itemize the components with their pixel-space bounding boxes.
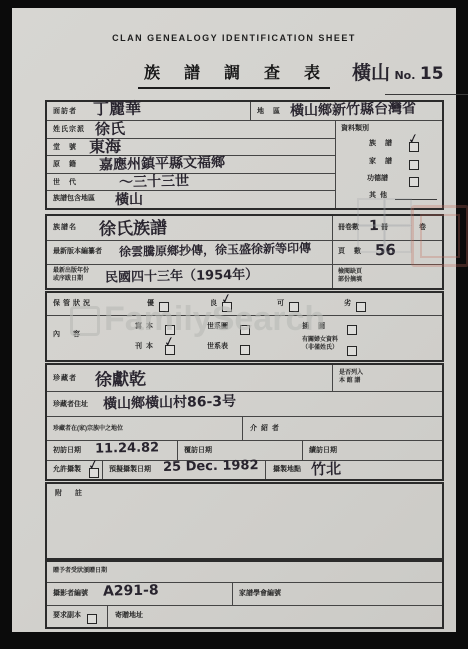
keep-fair-label: 可 <box>277 300 285 308</box>
listed-label-line2: 本 館 譜 <box>339 378 360 385</box>
first-visit-label: 初訪日期 <box>53 447 81 455</box>
photographer-no-label: 攝影者編號 <box>53 590 88 598</box>
note-no-abbrev: No. <box>394 69 415 82</box>
keep-poor-checkbox <box>356 299 366 317</box>
compiler-label: 最新版本編纂者 <box>53 248 102 256</box>
book-box: 族譜名 徐氏族譜 最新版本編纂者 徐雲騰原鄉抄傳，徐玉盛徐新等印傳 最新出版年份… <box>45 214 444 290</box>
film-date-label: 預擬攝製日期 <box>109 466 151 474</box>
book-note-line1: 檢閱缺頁 <box>338 269 362 276</box>
form-title: 族 譜 調 查 表 <box>138 60 330 89</box>
illustration-checkbox <box>347 322 357 340</box>
category-clan-label: 族 譜 <box>369 140 393 148</box>
film-place-label: 攝製地點 <box>273 466 301 474</box>
pubdate-value: 民國四十三年（1954年） <box>105 263 259 285</box>
category-merit-label: 功德譜 <box>367 175 388 183</box>
info-box: 面訪者 丁麗華 地 區 橫山鄉新竹縣台灣省 姓氏宗派 徐氏 堂 號 東海 原 籍… <box>45 100 444 210</box>
hall-label: 堂 號 <box>53 144 77 152</box>
introducer-label: 介 紹 者 <box>250 425 280 433</box>
category-title: 資料類別 <box>341 125 369 133</box>
women-data-checkbox <box>347 343 357 361</box>
pages-label: 頁 數 <box>338 248 362 256</box>
book-title-label: 族譜名 <box>53 224 77 232</box>
sheet-number-note: 橫山 No. 15 <box>352 58 444 85</box>
keep-fair-checkbox <box>289 299 299 317</box>
keep-label: 保管狀況 <box>53 300 93 308</box>
permit-filming-checkbox: ✓ <box>89 465 99 483</box>
book-title-value: 徐氏族譜 <box>99 213 168 239</box>
content-label: 內 容 <box>53 331 83 339</box>
surname-label: 姓氏宗派 <box>53 126 85 134</box>
admin-box: 贈予者受狀頒贈日期 攝影者編號 A291-8 家譜學會編號 要求副本 寄贈地址 <box>45 560 444 629</box>
keep-good-checkbox: ✓ <box>222 299 232 317</box>
volumes-value: 1 <box>369 218 379 234</box>
lineage-chart-label: 世系圖 <box>207 323 228 331</box>
keep-good-label: 良 <box>210 300 218 308</box>
generations-label: 世 代 <box>53 179 77 187</box>
keeper-value: 徐獻乾 <box>95 364 147 390</box>
printed-title: CLAN GENEALOGY IDENTIFICATION SHEET <box>112 33 356 43</box>
keeper-position-label: 珍藏者在(家)宗族中之地位 <box>53 426 123 433</box>
keeper-label: 珍藏者 <box>53 375 77 383</box>
film-date-value: 25 Dec. 1982 <box>163 458 259 475</box>
category-other-blank <box>395 199 437 200</box>
interviewer-label: 面訪者 <box>53 108 77 116</box>
women-data-label-line1: 有關婦女資料 <box>302 337 338 344</box>
permit-filming-label: 允許攝製 <box>53 466 81 474</box>
region-label: 地 區 <box>257 108 281 116</box>
condition-box: 保管狀況 優 良 ✓ 可 劣 內 容 寫 本 刊 本 ✓ 世系圖 世系表 插 圖 <box>45 291 444 362</box>
category-other-label: 其 他 <box>369 192 388 200</box>
origin-label: 原 籍 <box>53 161 77 169</box>
coverage-label: 族譜包含地區 <box>53 195 95 203</box>
category-family-label: 家 譜 <box>369 158 393 166</box>
keeper-address-label: 珍藏者住址 <box>53 401 88 409</box>
keep-excellent-label: 優 <box>147 300 155 308</box>
volume-unit: 冊 <box>381 224 389 232</box>
mail-address-label: 寄贈地址 <box>115 612 143 620</box>
form-paper: CLAN GENEALOGY IDENTIFICATION SHEET 族 譜 … <box>12 8 456 632</box>
book-note-line2: 部份摘填 <box>338 277 362 284</box>
pubdate-label-line2: 或序跋日期 <box>53 276 83 283</box>
request-copy-checkbox <box>87 611 97 629</box>
lineage-chart-checkbox <box>240 322 250 340</box>
illustration-label: 插 圖 <box>302 323 326 331</box>
notes-box: 附 註 <box>45 482 444 560</box>
printed-label: 刊 本 <box>135 343 154 351</box>
keep-poor-label: 劣 <box>344 300 352 308</box>
compiler-value: 徐雲騰原鄉抄傳，徐玉盛徐新等印傳 <box>119 239 311 260</box>
category-merit-checkbox <box>409 174 419 192</box>
lineage-table-checkbox <box>240 342 250 360</box>
region-value: 橫山鄉新竹縣台灣省 <box>290 98 416 121</box>
keep-excellent-checkbox <box>159 299 169 317</box>
second-visit-label: 覆訪日期 <box>184 447 212 455</box>
first-visit-value: 11.24.82 <box>95 440 159 456</box>
listed-label-line1: 是否列入 <box>339 370 363 377</box>
request-copy-label: 要求副本 <box>53 612 81 620</box>
film-place-value: 竹北 <box>311 458 341 480</box>
notes-label: 附 註 <box>55 490 85 498</box>
note-number: 15 <box>420 64 444 84</box>
category-clan-checkbox: ✓ <box>409 139 419 157</box>
category-family-checkbox <box>409 157 419 175</box>
award-date-label: 贈予者受狀頒贈日期 <box>53 568 107 575</box>
check-mark-icon: ✓ <box>220 291 234 308</box>
keeper-box: 珍藏者 徐獻乾 是否列入 本 館 譜 珍藏者住址 橫山鄉橫山村86-3号 珍藏者… <box>45 363 444 481</box>
pubdate-label-line1: 最新出版年份 <box>53 268 89 275</box>
photographer-no-value: A291-8 <box>103 582 159 599</box>
women-data-label-line2: （非僅姓氏） <box>302 345 338 352</box>
society-no-label: 家譜學會編號 <box>239 590 281 598</box>
interviewer-value: 丁麗華 <box>93 95 141 119</box>
note-underline <box>385 94 468 95</box>
manuscript-label: 寫 本 <box>135 323 154 331</box>
volumes-label: 冊卷數 <box>338 224 359 232</box>
fascicle-unit: 卷 <box>419 224 427 232</box>
coverage-value: 橫山 <box>115 189 143 210</box>
followup-visit-label: 續訪日期 <box>309 447 337 455</box>
keeper-address-value: 橫山鄉橫山村86-3号 <box>103 391 236 414</box>
note-place: 橫山 <box>352 62 390 84</box>
printed-checkbox: ✓ <box>165 342 175 360</box>
check-mark-icon: ✓ <box>407 131 421 148</box>
lineage-table-label: 世系表 <box>207 343 228 351</box>
pages-value: 56 <box>375 241 396 259</box>
scanned-document-page: CLAN GENEALOGY IDENTIFICATION SHEET 族 譜 … <box>0 0 468 649</box>
